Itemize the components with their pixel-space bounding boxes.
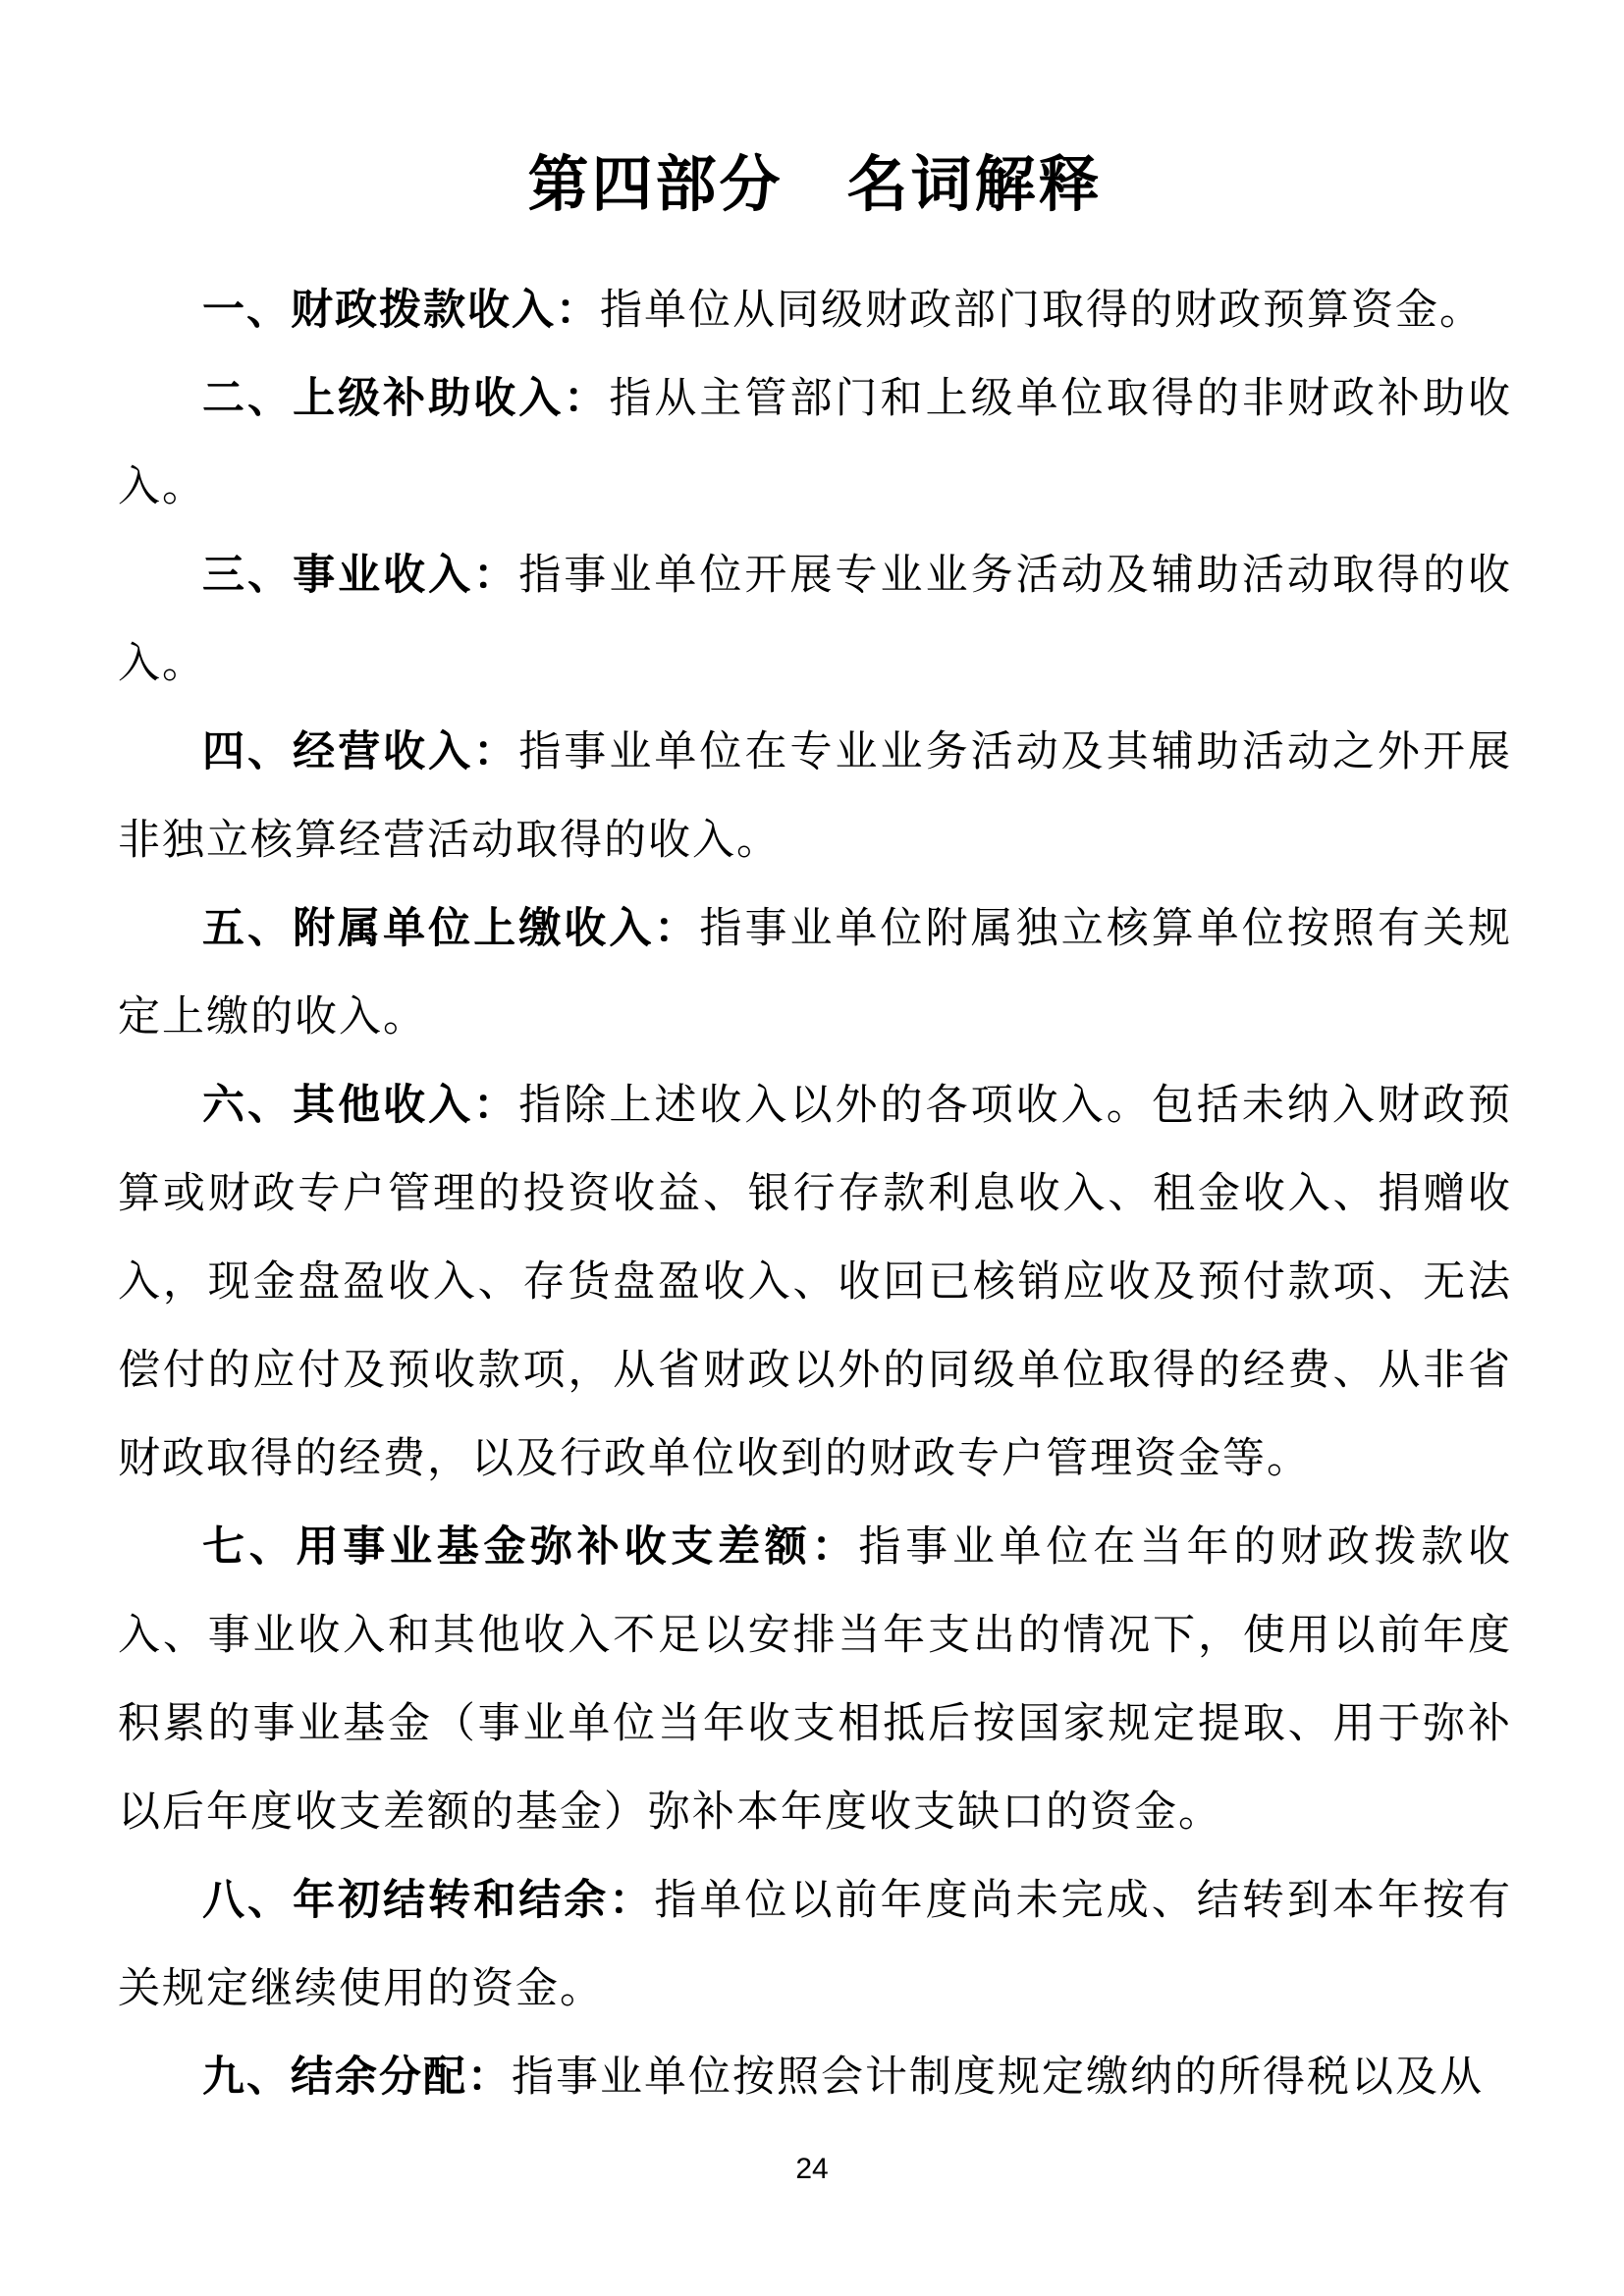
definition-text: 指单位从同级财政部门取得的财政预算资金。	[600, 288, 1484, 334]
definition-paragraph: 七、用事业基金弥补收支差额：指事业单位在当年的财政拨款收入、事业收入和其他收入不…	[118, 1504, 1512, 1857]
definition-paragraph: 四、经营收入：指事业单位在专业业务活动及其辅助活动之外开展非独立核算经营活动取得…	[118, 709, 1512, 885]
term-label: 八、年初结转和结余：	[202, 1878, 654, 1924]
definition-paragraph: 一、财政拨款收入：指单位从同级财政部门取得的财政预算资金。	[118, 267, 1512, 355]
term-label: 一、财政拨款收入：	[202, 288, 600, 334]
term-label: 五、附属单位上缴收入：	[202, 906, 699, 952]
definition-paragraph: 九、结余分配：指事业单位按照会计制度规定缴纳的所得税以及从	[118, 2034, 1512, 2122]
document-content: 第四部分 名词解释 一、财政拨款收入：指单位从同级财政部门取得的财政预算资金。 …	[0, 0, 1624, 2122]
term-label: 九、结余分配：	[202, 2055, 512, 2101]
definition-paragraph: 八、年初结转和结余：指单位以前年度尚未完成、结转到本年按有关规定继续使用的资金。	[118, 1857, 1512, 2034]
document-page: 第四部分 名词解释 一、财政拨款收入：指单位从同级财政部门取得的财政预算资金。 …	[0, 0, 1624, 2296]
term-label: 三、事业收入：	[202, 553, 518, 599]
definition-text: 指事业单位按照会计制度规定缴纳的所得税以及从	[512, 2055, 1484, 2101]
definition-text: 指事业单位在当年的财政拨款收入、事业收入和其他收入不足以安排当年支出的情况下，使…	[118, 1524, 1512, 1836]
definition-paragraph: 六、其他收入：指除上述收入以外的各项收入。包括未纳入财政预算或财政专户管理的投资…	[118, 1062, 1512, 1504]
definition-text: 指除上述收入以外的各项收入。包括未纳入财政预算或财政专户管理的投资收益、银行存款…	[118, 1083, 1512, 1482]
definition-paragraph: 二、上级补助收入：指从主管部门和上级单位取得的非财政补助收入。	[118, 355, 1512, 532]
term-label: 四、经营收入：	[202, 729, 518, 775]
term-label: 七、用事业基金弥补收支差额：	[202, 1524, 858, 1571]
definition-paragraph: 三、事业收入：指事业单位开展专业业务活动及辅助活动取得的收入。	[118, 532, 1512, 709]
term-label: 六、其他收入：	[202, 1083, 518, 1129]
definition-paragraph: 五、附属单位上缴收入：指事业单位附属独立核算单位按照有关规定上缴的收入。	[118, 885, 1512, 1062]
term-label: 二、上级补助收入：	[202, 376, 609, 422]
page-number: 24	[0, 2153, 1624, 2186]
page-title: 第四部分 名词解释	[118, 145, 1512, 226]
